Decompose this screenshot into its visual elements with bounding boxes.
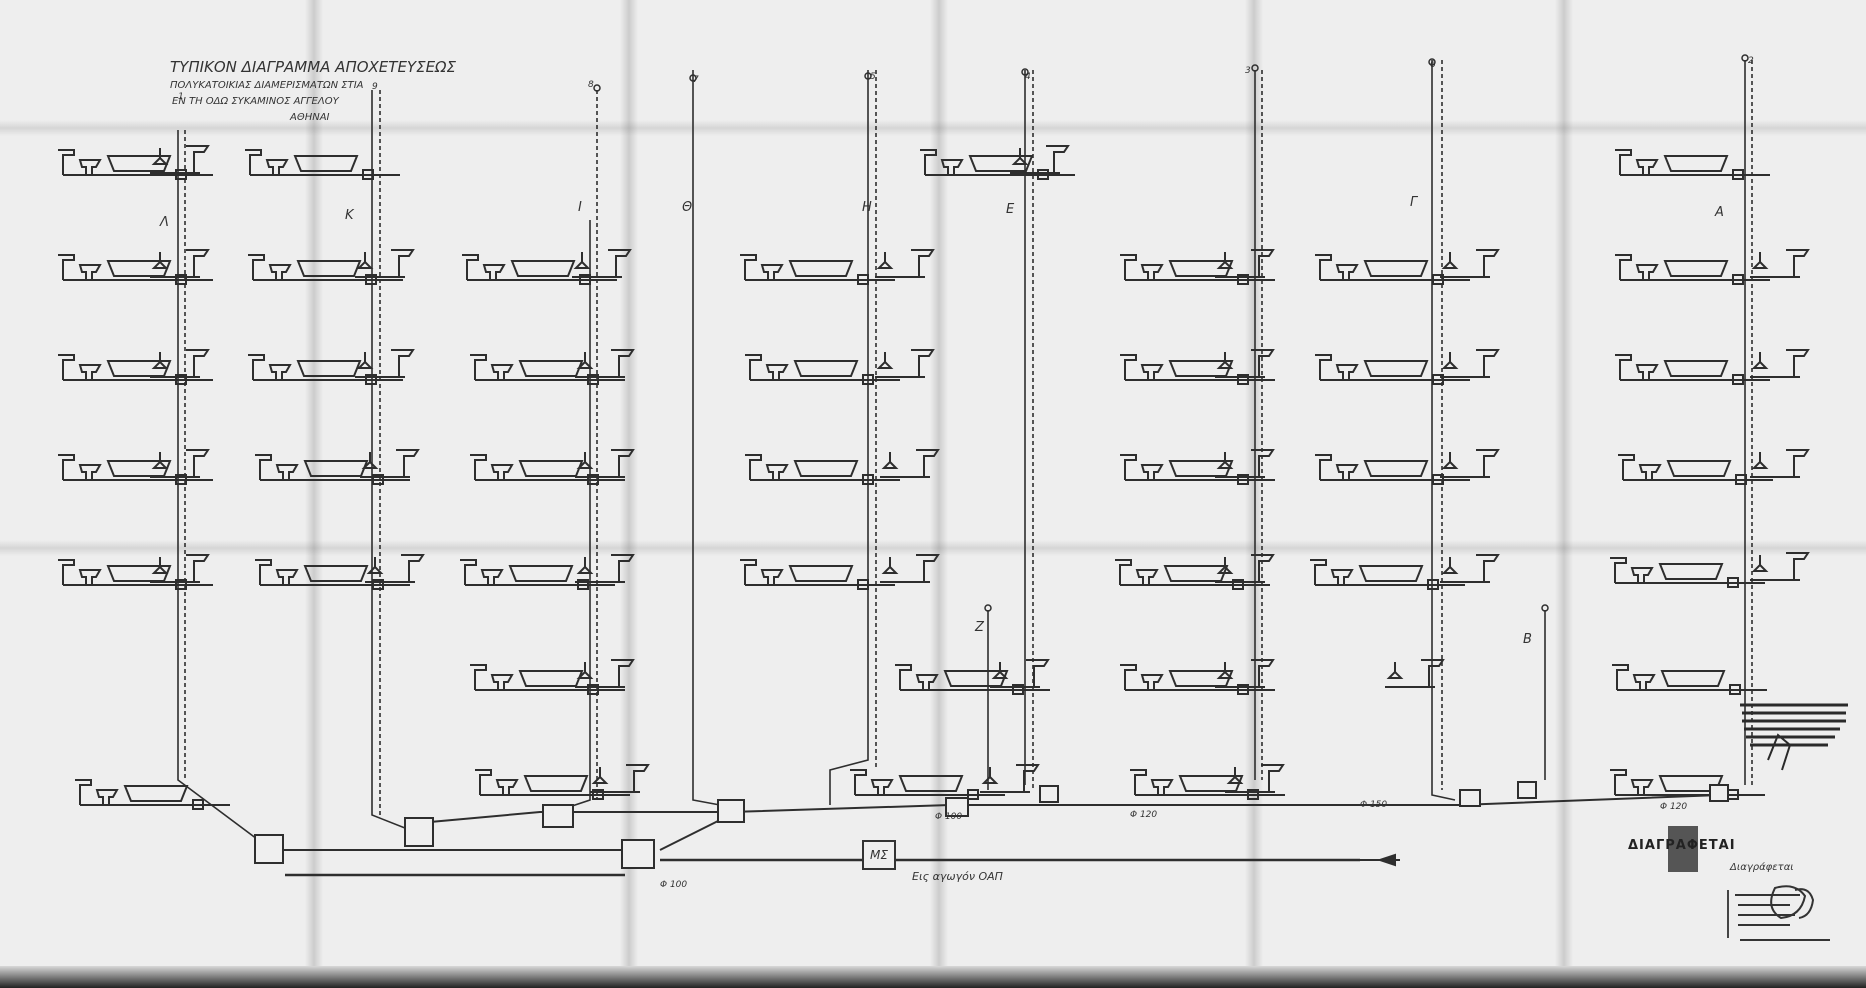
drainage-diagram-sheet: ΤΥΠΙΚΟΝ ΔΙΑΓΡΑΜΜΑ ΑΠΟΧΕΤΕΥΣΕΩΣ ΠΟΛΥΚΑΤΟΙ…	[0, 0, 1866, 988]
signature-scribble	[0, 0, 1866, 988]
